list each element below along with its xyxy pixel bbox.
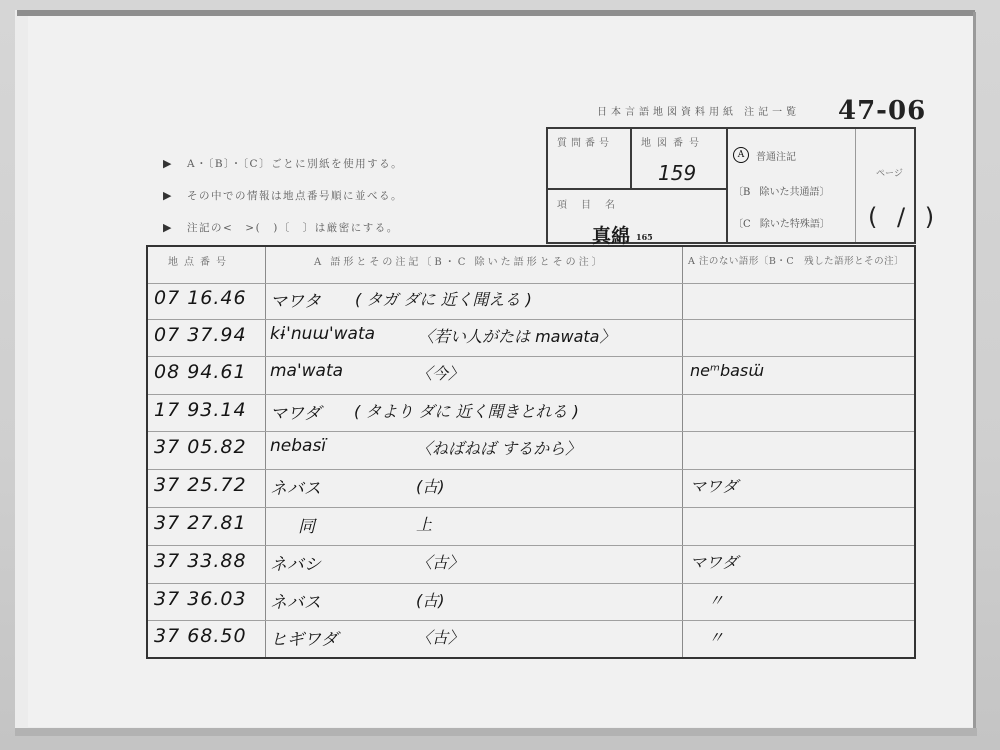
point-number-cell: 37 68.50 [154, 625, 247, 647]
instructions-list: ▶ A・〔B〕・〔C〕ごとに別紙を使用する。 ▶ その中での情報は地点番号順に並… [163, 147, 403, 243]
row-divider [148, 356, 914, 357]
instruction-item: ▶ その中での情報は地点番号順に並べる。 [163, 179, 403, 211]
category-option-c[interactable]: 〔C 除いた特殊語〕 [733, 215, 830, 230]
header-point-no: 地点番号 [168, 253, 232, 268]
notes-table: 地点番号 A 語形とその注記〔B・C 除いた語形とその注〕 A 注のない語形〔B… [146, 245, 916, 659]
category-option-label: 除いた特殊語〕 [760, 219, 830, 230]
instruction-item: ▶ 注記の< >( )〔 〕は厳密にする。 [163, 211, 403, 243]
row-divider [148, 469, 914, 470]
no-note-form-cell: 〃 [708, 588, 724, 611]
map-no-label: 地図番号 [641, 134, 705, 149]
triangle-right-icon: ▶ [163, 157, 187, 170]
word-form-cell: kɨ'nuɯ'wata [270, 324, 375, 344]
sheet-right-edge [973, 12, 976, 730]
sheet-top-edge [17, 10, 975, 16]
point-number-cell: 37 25.72 [154, 474, 247, 496]
row-divider [148, 319, 914, 320]
row-divider [148, 620, 914, 621]
row-divider [148, 507, 914, 508]
column-divider [265, 247, 266, 657]
item-name-label: 項目名 [557, 196, 629, 211]
page-value: ( / ) [868, 203, 940, 231]
word-form-cell: nebasï [270, 436, 326, 456]
category-option-b[interactable]: 〔B 除いた共通語〕 [733, 183, 830, 198]
item-name-value: 真綿 [592, 221, 630, 248]
sheet-bottom-shadow [15, 728, 977, 736]
point-number-cell: 37 05.82 [154, 436, 247, 458]
triangle-right-icon: ▶ [163, 189, 187, 202]
instruction-text: その中での情報は地点番号順に並べる。 [187, 188, 403, 203]
row-divider [148, 283, 914, 284]
category-option-key: 〔C [733, 219, 751, 230]
no-note-form-cell: 〃 [708, 625, 724, 648]
note-cell: 上 [416, 512, 432, 535]
note-cell: 〈古〉 [416, 625, 464, 648]
circled-a-icon: A [733, 147, 749, 163]
column-divider [682, 247, 683, 657]
note-cell: ( タガ ダに 近く聞える ) [355, 287, 532, 310]
category-option-a[interactable]: A 普通注記 [733, 147, 796, 163]
no-note-form-cell: neᵐbasɯ̈ [690, 361, 764, 380]
instruction-text: 注記の< >( )〔 〕は厳密にする。 [187, 220, 399, 235]
note-cell: 〈若い人がたは mawata〉 [418, 324, 615, 347]
word-form-cell: ヒギワダ [270, 625, 338, 650]
point-number-cell: 37 33.88 [154, 550, 247, 572]
point-number-cell: 07 16.46 [154, 287, 247, 309]
header-form-note: A 語形とその注記〔B・C 除いた語形とその注〕 [314, 253, 605, 268]
row-divider [148, 545, 914, 546]
row-divider [148, 431, 914, 432]
instruction-item: ▶ A・〔B〕・〔C〕ごとに別紙を使用する。 [163, 147, 403, 179]
page-label: ページ [876, 166, 903, 179]
form-number: 47-06 [838, 96, 926, 126]
row-divider [148, 583, 914, 584]
question-no-label: 質問番号 [557, 134, 613, 149]
note-cell: (古) [416, 474, 445, 497]
word-form-cell: ネバシ [270, 550, 321, 575]
word-form-cell: ma'wata [270, 361, 343, 381]
word-form-cell: マワダ [270, 399, 321, 424]
no-note-form-cell: マワダ [690, 474, 738, 497]
word-form-cell: ネバス [270, 474, 321, 499]
note-cell: ( タより ダに 近く聞きとれる ) [354, 399, 579, 422]
item-code: 165 [636, 232, 653, 242]
point-number-cell: 17 93.14 [154, 399, 247, 421]
point-number-cell: 37 36.03 [154, 588, 247, 610]
point-number-cell: 07 37.94 [154, 324, 247, 346]
category-option-label: 除いた共通語〕 [760, 187, 830, 198]
point-number-cell: 37 27.81 [154, 512, 247, 534]
word-form-cell: マワタ [270, 287, 321, 312]
word-form-cell: 同 [298, 512, 315, 537]
point-number-cell: 08 94.61 [154, 361, 247, 383]
no-note-form-cell: マワダ [690, 550, 738, 573]
header-no-note: A 注のない語形〔B・C 残した語形とその注〕 [688, 253, 904, 267]
word-form-cell: ネバス [270, 588, 321, 613]
note-cell: 〈ねばねば するから〉 [416, 436, 581, 459]
note-cell: 〈古〉 [416, 550, 464, 573]
category-option-key: 〔B [733, 187, 750, 198]
category-option-label: 普通注記 [756, 148, 796, 163]
form-title: 日本言語地図資料用紙 注記一覧 [597, 103, 800, 118]
map-no-value: 159 [658, 161, 696, 185]
note-cell: 〈今〉 [416, 361, 464, 384]
row-divider [148, 394, 914, 395]
triangle-right-icon: ▶ [163, 221, 187, 234]
instruction-text: A・〔B〕・〔C〕ごとに別紙を使用する。 [187, 156, 403, 171]
note-cell: (古) [416, 588, 445, 611]
